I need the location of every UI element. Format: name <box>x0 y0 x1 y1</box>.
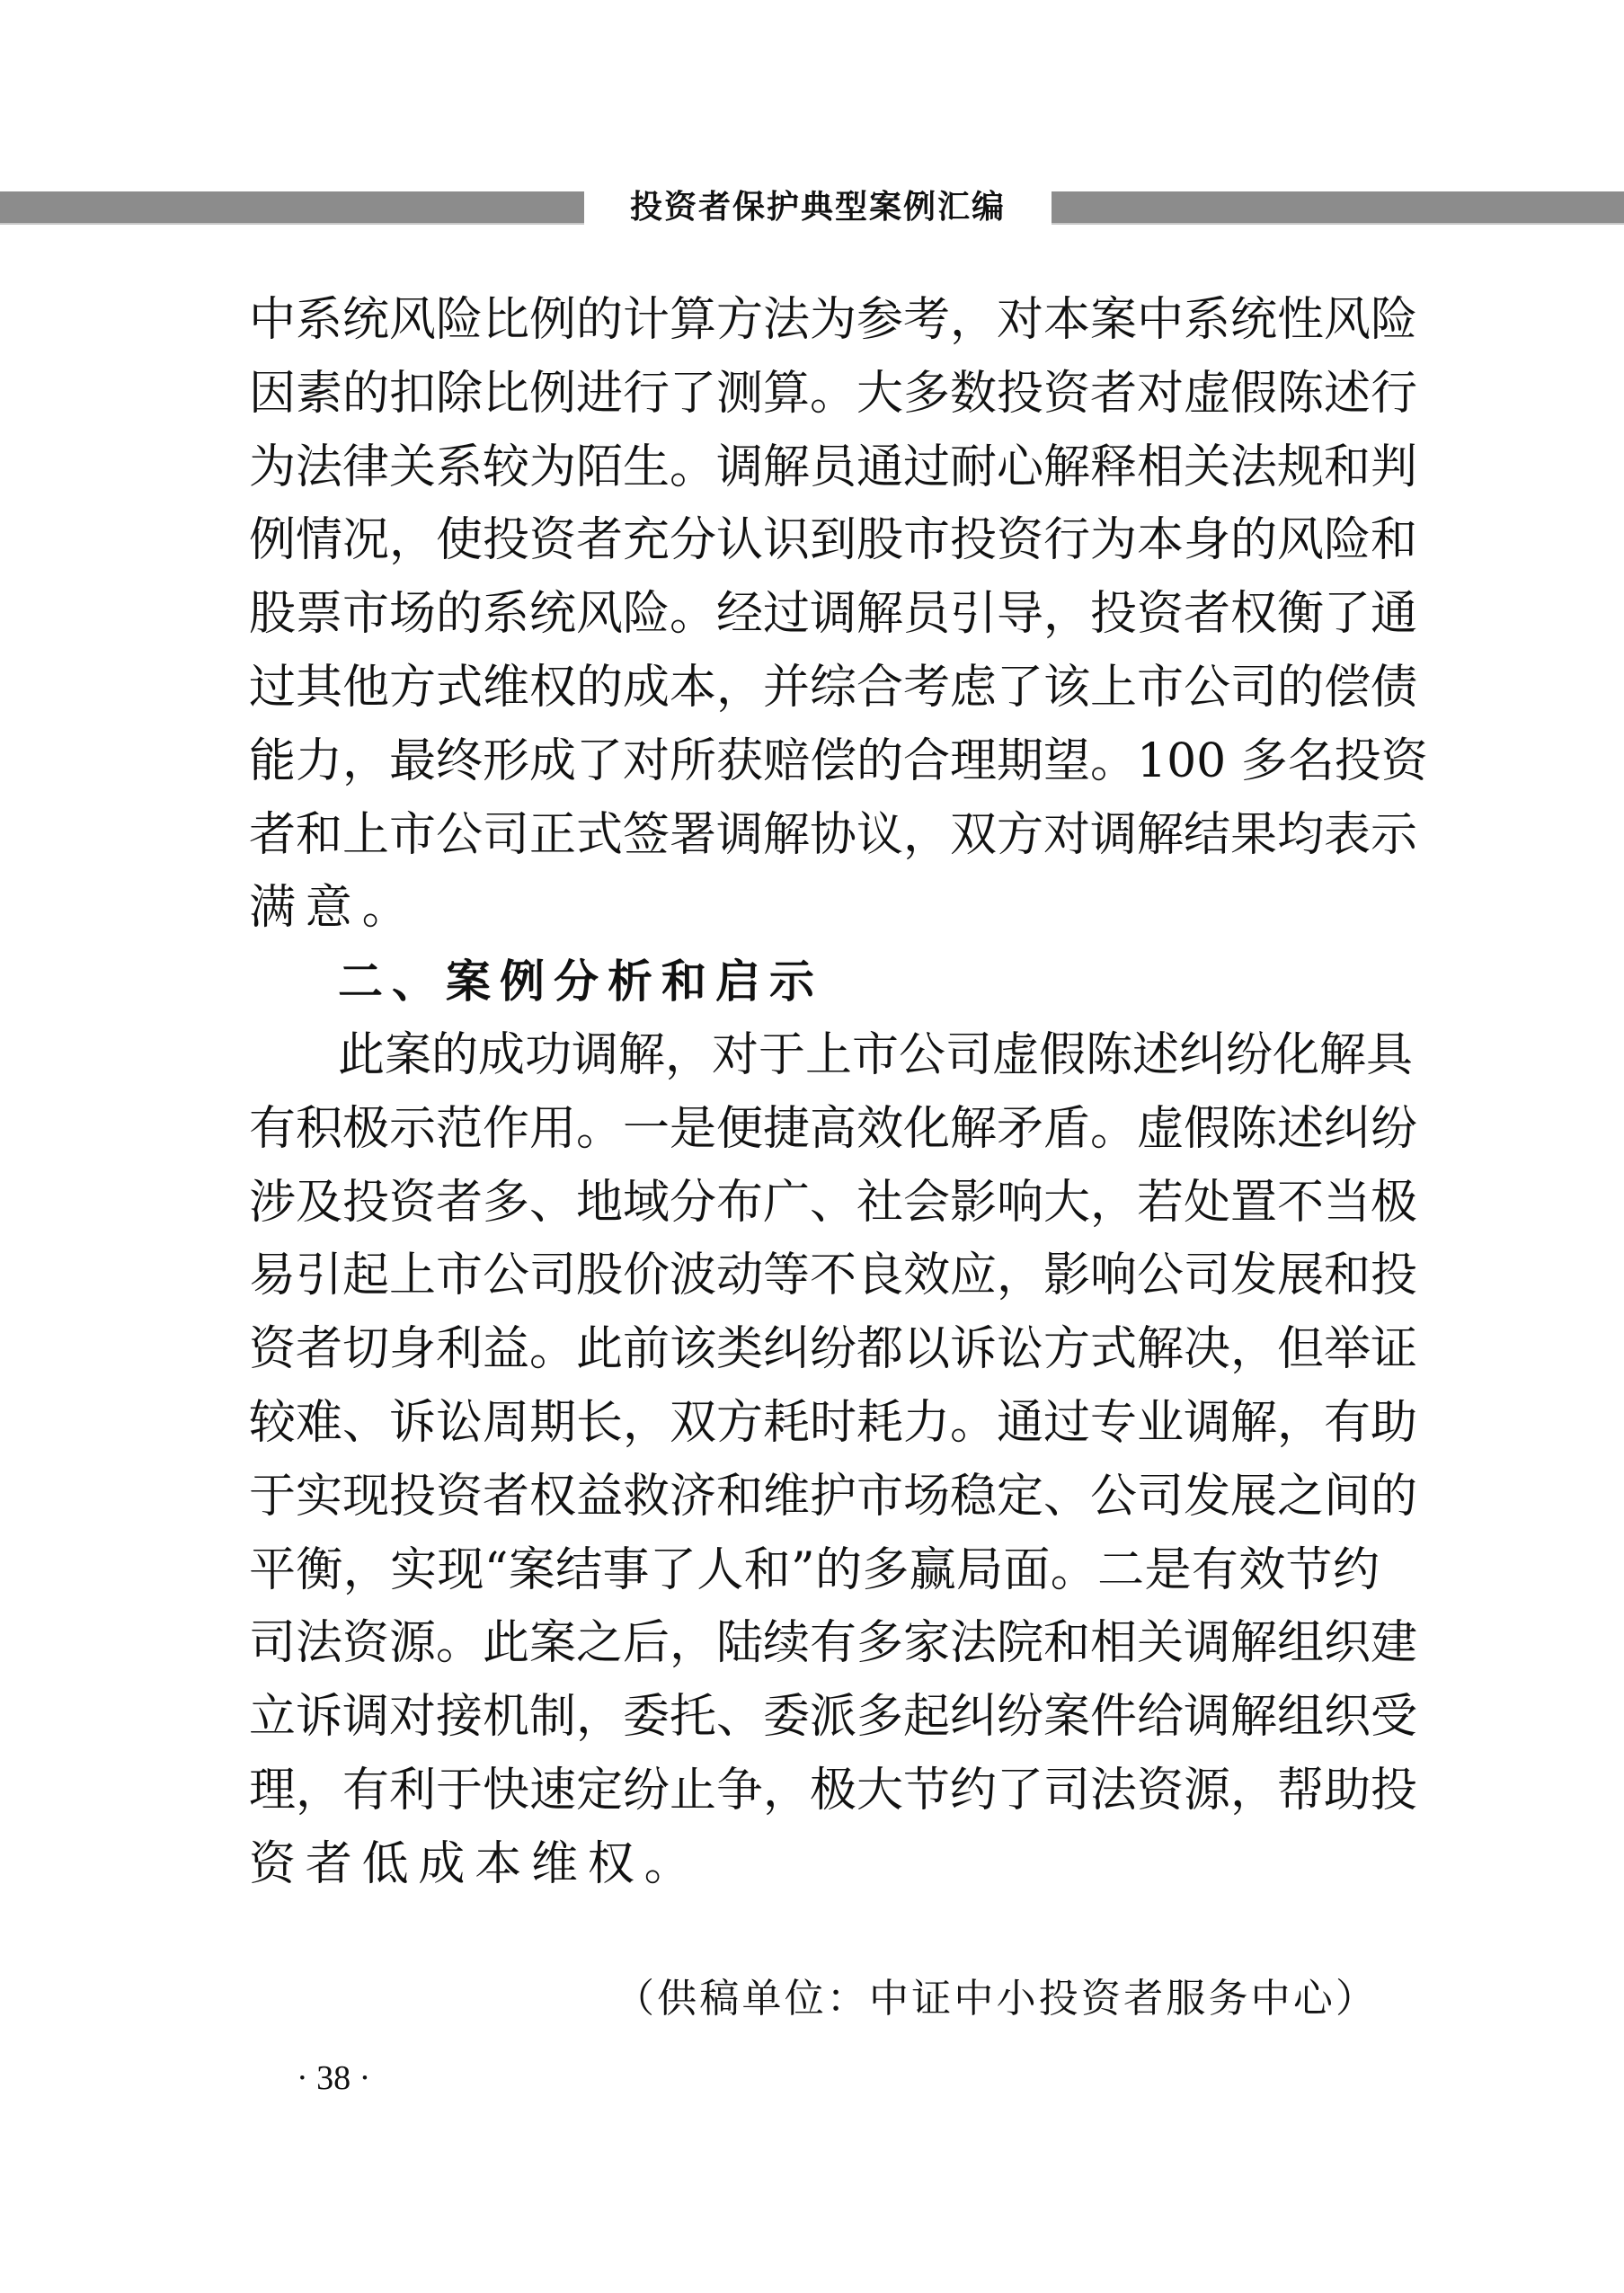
text-line: 例情况，使投资者充分认识到股市投资行为本身的风险和 <box>249 511 1380 584</box>
text-line: 有积极示范作用。一是便捷高效化解矛盾。虚假陈述纠纷 <box>249 1099 1380 1173</box>
text-line: 司法资源。此案之后，陆续有多家法院和相关调解组织建 <box>249 1613 1380 1687</box>
text-line: 于实现投资者权益救济和维护市场稳定、公司发展之间的 <box>249 1467 1380 1541</box>
header-bar-right <box>1052 191 1624 225</box>
text-line: 较难、诉讼周期长，双方耗时耗力。通过专业调解，有助 <box>249 1393 1380 1467</box>
text-line: 易引起上市公司股价波动等不良效应，影响公司发展和投 <box>249 1246 1380 1320</box>
text-line: 中系统风险比例的计算方法为参考，对本案中系统性风险 <box>249 290 1380 364</box>
text-line: 涉及投资者多、地域分布广、社会影响大，若处置不当极 <box>249 1173 1380 1247</box>
text-line: 此案的成功调解，对于上市公司虚假陈述纠纷化解具 <box>249 1026 1380 1099</box>
text-line: 资者低成本维权。 <box>249 1835 1380 1908</box>
text-line: 为法律关系较为陌生。调解员通过耐心解释相关法规和判 <box>249 438 1380 511</box>
page-number: · 38 · <box>297 2058 370 2098</box>
text-line: 者和上市公司正式签署调解协议，双方对调解结果均表示 <box>249 805 1380 879</box>
text-line: 立诉调对接机制，委托、委派多起纠纷案件给调解组织受 <box>249 1687 1380 1761</box>
text-line: 过其他方式维权的成本，并综合考虑了该上市公司的偿债 <box>249 658 1380 732</box>
text-line: 因素的扣除比例进行了测算。大多数投资者对虚假陈述行 <box>249 364 1380 438</box>
text-line: 能力，最终形成了对所获赔偿的合理期望。100 多名投资 <box>249 732 1380 805</box>
source-attribution: （供稿单位：中证中小投资者服务中心） <box>615 1974 1375 2024</box>
body-text: 中系统风险比例的计算方法为参考，对本案中系统性风险 因素的扣除比例进行了测算。大… <box>249 290 1380 1908</box>
book-title: 投资者保护典型案例汇编 <box>584 188 1052 227</box>
header-bar-left <box>0 191 584 225</box>
text-line: 股票市场的系统风险。经过调解员引导，投资者权衡了通 <box>249 584 1380 658</box>
section-heading: 二、案例分析和启示 <box>249 952 1380 1026</box>
text-line: 平衡，实现“案结事了人和”的多赢局面。二是有效节约 <box>249 1541 1380 1614</box>
text-line: 资者切身利益。此前该类纠纷都以诉讼方式解决，但举证 <box>249 1320 1380 1393</box>
text-line: 理，有利于快速定纷止争，极大节约了司法资源，帮助投 <box>249 1761 1380 1835</box>
running-head: 投资者保护典型案例汇编 <box>0 191 1624 224</box>
text-line: 满意。 <box>249 878 1380 952</box>
